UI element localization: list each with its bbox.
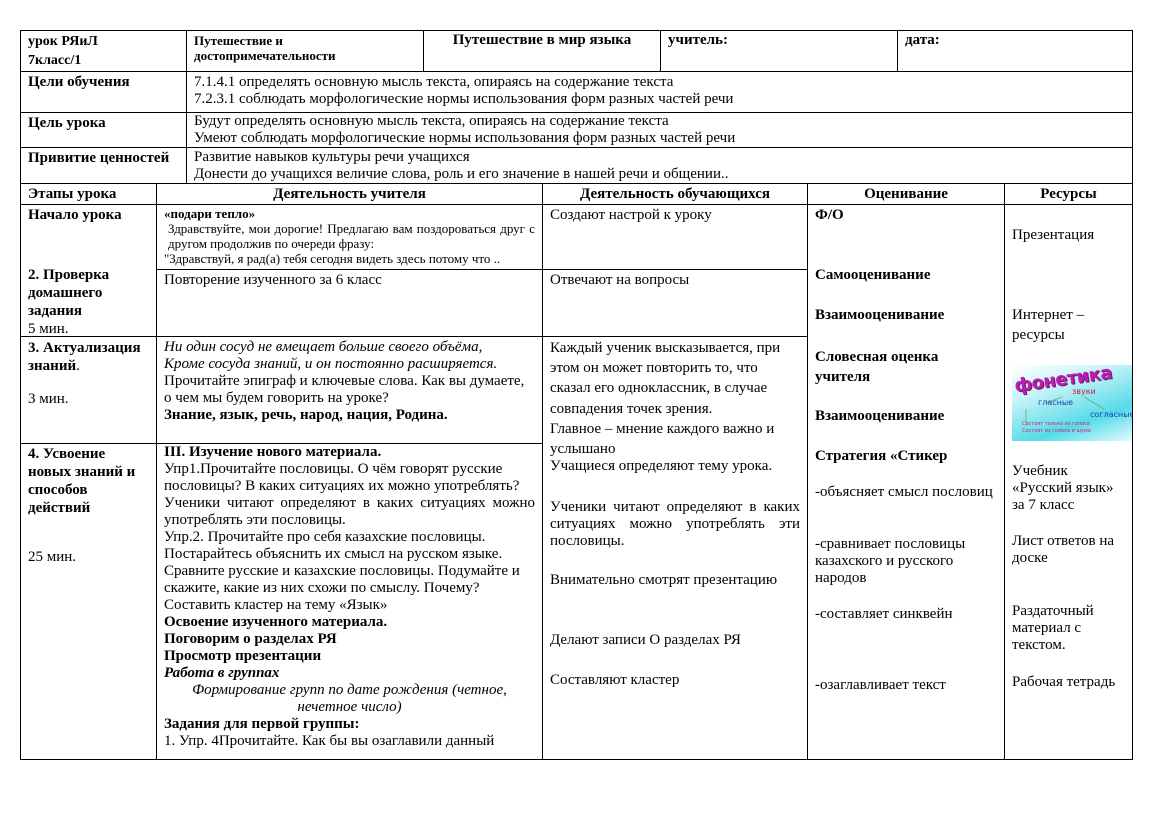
stage-line: задания <box>28 302 149 320</box>
resource-line: Раздаточный <box>1012 603 1125 620</box>
phonetics-note: Состоят только из голоса <box>1022 421 1090 427</box>
stage-time: 3 мин. <box>28 391 149 408</box>
lesson-plan-page: урок РЯиЛ 7класс/1 Путешествие и достопр… <box>0 0 1170 827</box>
values-label-cell: Привитие ценностей <box>20 147 187 184</box>
stage-line: действий <box>28 499 149 517</box>
assessment-item: Самооценивание <box>815 267 997 284</box>
assessment-item: Взаимооценивание <box>815 408 997 425</box>
stage-cell-3: 3. Актуализация знаний. 3 мин. <box>20 336 157 444</box>
lesson-goal: Будут определять основную мысль текста, … <box>194 113 1125 130</box>
keywords: Знание, язык, речь, народ, нация, Родина… <box>164 407 535 424</box>
resource-item: Интернет – ресурсы <box>1012 305 1125 345</box>
col-header-label: Деятельность обучающихся <box>580 186 770 202</box>
lesson-info-cell: урок РЯиЛ 7класс/1 <box>20 30 187 72</box>
activity-text: Прочитайте эпиграф и ключевые слова. Как… <box>164 373 535 407</box>
teacher-activity-actualization: Ни один сосуд не вмещает больше своего о… <box>156 336 543 444</box>
date-cell[interactable]: дата: <box>897 30 1133 72</box>
col-header-label: Этапы урока <box>28 186 116 202</box>
col-header-resources: Ресурсы <box>1004 183 1133 205</box>
epigraph-line: Ни один сосуд не вмещает больше своего о… <box>164 339 535 356</box>
phonetics-image: фонетика звуки гласные согласные Состоят… <box>1012 365 1132 441</box>
stage-line: 4. Усвоение <box>28 445 149 463</box>
exercise-1: Упр1.Прочитайте пословицы. О чём говорят… <box>164 461 535 495</box>
learning-goal: 7.1.4.1 определять основную мысль текста… <box>194 74 1125 91</box>
stage-actualization: 3. Актуализация знаний. <box>28 339 149 375</box>
activity-text: Внимательно смотрят презентацию <box>550 572 800 589</box>
group-formation: Формирование групп по дате рождения (чет… <box>164 682 535 716</box>
exercise-1-note: Ученики читают определяют в каких ситуац… <box>164 495 535 529</box>
stage-time: 5 мин. <box>28 320 149 337</box>
stage-homework: 2. Проверка домашнего задания 5 мин. <box>28 266 149 337</box>
phonetics-word: гласные <box>1038 398 1073 407</box>
resource-item: Презентация <box>1012 227 1125 244</box>
group-task-1: 1. Упр. 4Прочитайте. Как бы вы озаглавил… <box>164 733 535 750</box>
lesson-class: 7класс/1 <box>28 51 179 70</box>
student-activity-start: Создают настрой к уроку <box>542 204 808 270</box>
activity-line: услышано <box>550 439 800 459</box>
cluster-task: Составить кластер на тему «Язык» <box>164 597 535 614</box>
assessment-item: -сравнивает пословицы казахского и русск… <box>815 536 997 587</box>
activity-text: Отвечают на вопросы <box>550 272 689 288</box>
stage-line: 2. Проверка <box>28 266 149 284</box>
bold-step: Освоение изученного материала. <box>164 614 535 631</box>
activity-line: Главное – мнение каждого важно и <box>550 419 800 439</box>
activity-text: Здравствуйте, мои дорогие! Предлагаю вам… <box>164 221 535 251</box>
stage-line: способов <box>28 481 149 499</box>
lesson-goal-label-cell: Цель урока <box>20 112 187 148</box>
resource-line: «Русский язык» <box>1012 480 1125 497</box>
lesson-goal-label: Цель урока <box>28 115 106 131</box>
teacher-activity-start: «подари тепло» Здравствуйте, мои дорогие… <box>156 204 543 270</box>
student-activity-main: Каждый ученик высказывается, при этом он… <box>542 336 808 760</box>
assessment-column: Ф/О Самооценивание Взаимооценивание Слов… <box>807 204 1005 760</box>
resource-line: Учебник <box>1012 463 1125 480</box>
student-discussion: Каждый ученик высказывается, при этом он… <box>550 338 800 459</box>
group-tasks-title: Задания для первой группы: <box>164 716 535 733</box>
values-cell: Развитие навыков культуры речи учащихся … <box>186 147 1133 184</box>
activity-text: Делают записи О разделах РЯ <box>550 632 800 649</box>
resource-line: доске <box>1012 550 1125 567</box>
activity-line: сказал его одноклассник, в случае <box>550 378 800 398</box>
teacher-cell[interactable]: учитель: <box>660 30 898 72</box>
group-work-title: Работа в группах <box>164 665 535 682</box>
values-label: Привитие ценностей <box>28 150 169 166</box>
activity-text: Создают настрой к уроку <box>550 207 712 223</box>
activity-text: Учащиеся определяют тему урока. <box>550 458 800 475</box>
lesson-name: урок РЯиЛ <box>28 32 179 51</box>
activity-line: совпадения точек зрения. <box>550 399 800 419</box>
lesson-goal-cell: Будут определять основную мысль текста, … <box>186 112 1133 148</box>
resource-line: за 7 класс <box>1012 497 1125 514</box>
resources-column: Презентация Интернет – ресурсы Учебник «… <box>1004 204 1133 760</box>
value-item: Развитие навыков культуры речи учащихся <box>194 149 1125 166</box>
assessment-line: Словесная оценка <box>815 347 997 367</box>
stage-cell-1-2: Начало урока 2. Проверка домашнего задан… <box>20 204 157 337</box>
value-item: Донести до учащихся величие слова, роль … <box>194 166 1125 183</box>
stage-time: 25 мин. <box>28 549 149 566</box>
stage-line: знаний <box>28 358 76 374</box>
col-header-stages: Этапы урока <box>20 183 157 205</box>
resource-item: Учебник «Русский язык» за 7 класс <box>1012 463 1125 514</box>
phonetics-word: звуки <box>1072 387 1096 396</box>
stage-line: новых знаний и <box>28 463 149 481</box>
learning-goals-label: Цели обучения <box>28 74 130 90</box>
topic-small-line: достопримечательности <box>194 48 416 63</box>
learning-goals-cell: 7.1.4.1 определять основную мысль текста… <box>186 71 1133 113</box>
col-header-label: Оценивание <box>864 186 948 202</box>
epigraph-line: Кроме сосуда знаний, и он постоянно расш… <box>164 356 535 373</box>
activity-text: Повторение изученного за 6 класс <box>164 272 382 288</box>
phonetics-word: согласные <box>1090 410 1132 419</box>
section-title: III. Изучение нового материала. <box>164 444 535 461</box>
assessment-item: Стратегия «Стикер <box>815 448 997 465</box>
resource-line: текстом. <box>1012 637 1125 654</box>
topic-small-cell: Путешествие и достопримечательности <box>186 30 424 72</box>
resource-line: материал с <box>1012 620 1125 637</box>
topic-main-cell: Путешествие в мир языка <box>423 30 661 72</box>
assessment-line: учителя <box>815 367 997 387</box>
assessment-item: Словесная оценка учителя <box>815 347 997 387</box>
date-label: дата: <box>905 32 940 48</box>
resource-item: Лист ответов на доске <box>1012 533 1125 567</box>
stage-line: домашнего <box>28 284 149 302</box>
resource-line: ресурсы <box>1012 325 1125 345</box>
activity-line: Каждый ученик высказывается, при <box>550 338 800 358</box>
resource-item: Раздаточный материал с текстом. <box>1012 603 1125 654</box>
col-header-label: Ресурсы <box>1040 186 1096 202</box>
learning-goals-label-cell: Цели обучения <box>20 71 187 113</box>
student-activity-homework: Отвечают на вопросы <box>542 269 808 337</box>
assessment-item: -составляет синквейн <box>815 606 997 623</box>
lesson-goal: Умеют соблюдать морфологические нормы ис… <box>194 130 1125 147</box>
phonetics-note: Состоят из голоса и шума <box>1022 428 1091 434</box>
activity-line: этом он может повторить то, что <box>550 358 800 378</box>
assessment-item: Взаимооценивание <box>815 307 997 324</box>
activity-quote: "Здравствуй, я рад(а) тебя сегодня видет… <box>164 251 535 266</box>
teacher-label: учитель: <box>668 32 728 48</box>
topic-small-line: Путешествие и <box>194 33 416 48</box>
stage-new-knowledge: 4. Усвоение новых знаний и способов дейс… <box>28 445 149 517</box>
stage-cell-4: 4. Усвоение новых знаний и способов дейс… <box>20 443 157 760</box>
col-header-students: Деятельность обучающихся <box>542 183 808 205</box>
teacher-activity-homework: Повторение изученного за 6 класс <box>156 269 543 337</box>
col-header-assessment: Оценивание <box>807 183 1005 205</box>
stage-start: Начало урока <box>28 207 149 224</box>
bold-step: Поговорим о разделах РЯ <box>164 631 535 648</box>
stage-dot: . <box>76 358 80 374</box>
assessment-item: -объясняет смысл пословиц <box>815 484 997 501</box>
activity-title: «подари тепло» <box>164 206 535 221</box>
resource-line: Интернет – <box>1012 305 1125 325</box>
exercise-2: Упр.2. Прочитайте про себя казахские пос… <box>164 529 535 597</box>
resource-item: Рабочая тетрадь <box>1012 674 1125 691</box>
assessment-item: Ф/О <box>815 207 997 224</box>
activity-text: Ученики читают определяют в каких ситуац… <box>550 499 800 550</box>
assessment-item: -озаглавливает текст <box>815 677 997 694</box>
teacher-activity-new-material: III. Изучение нового материала. Упр1.Про… <box>156 443 543 760</box>
learning-goal: 7.2.3.1 соблюдать морфологические нормы … <box>194 91 1125 108</box>
topic-main: Путешествие в мир языка <box>453 32 631 48</box>
col-header-teacher: Деятельность учителя <box>156 183 543 205</box>
activity-text: Составляют кластер <box>550 672 800 689</box>
col-header-label: Деятельность учителя <box>273 186 426 202</box>
stage-line: 3. Актуализация <box>28 339 149 357</box>
resource-line: Лист ответов на <box>1012 533 1125 550</box>
bold-step: Просмотр презентации <box>164 648 535 665</box>
